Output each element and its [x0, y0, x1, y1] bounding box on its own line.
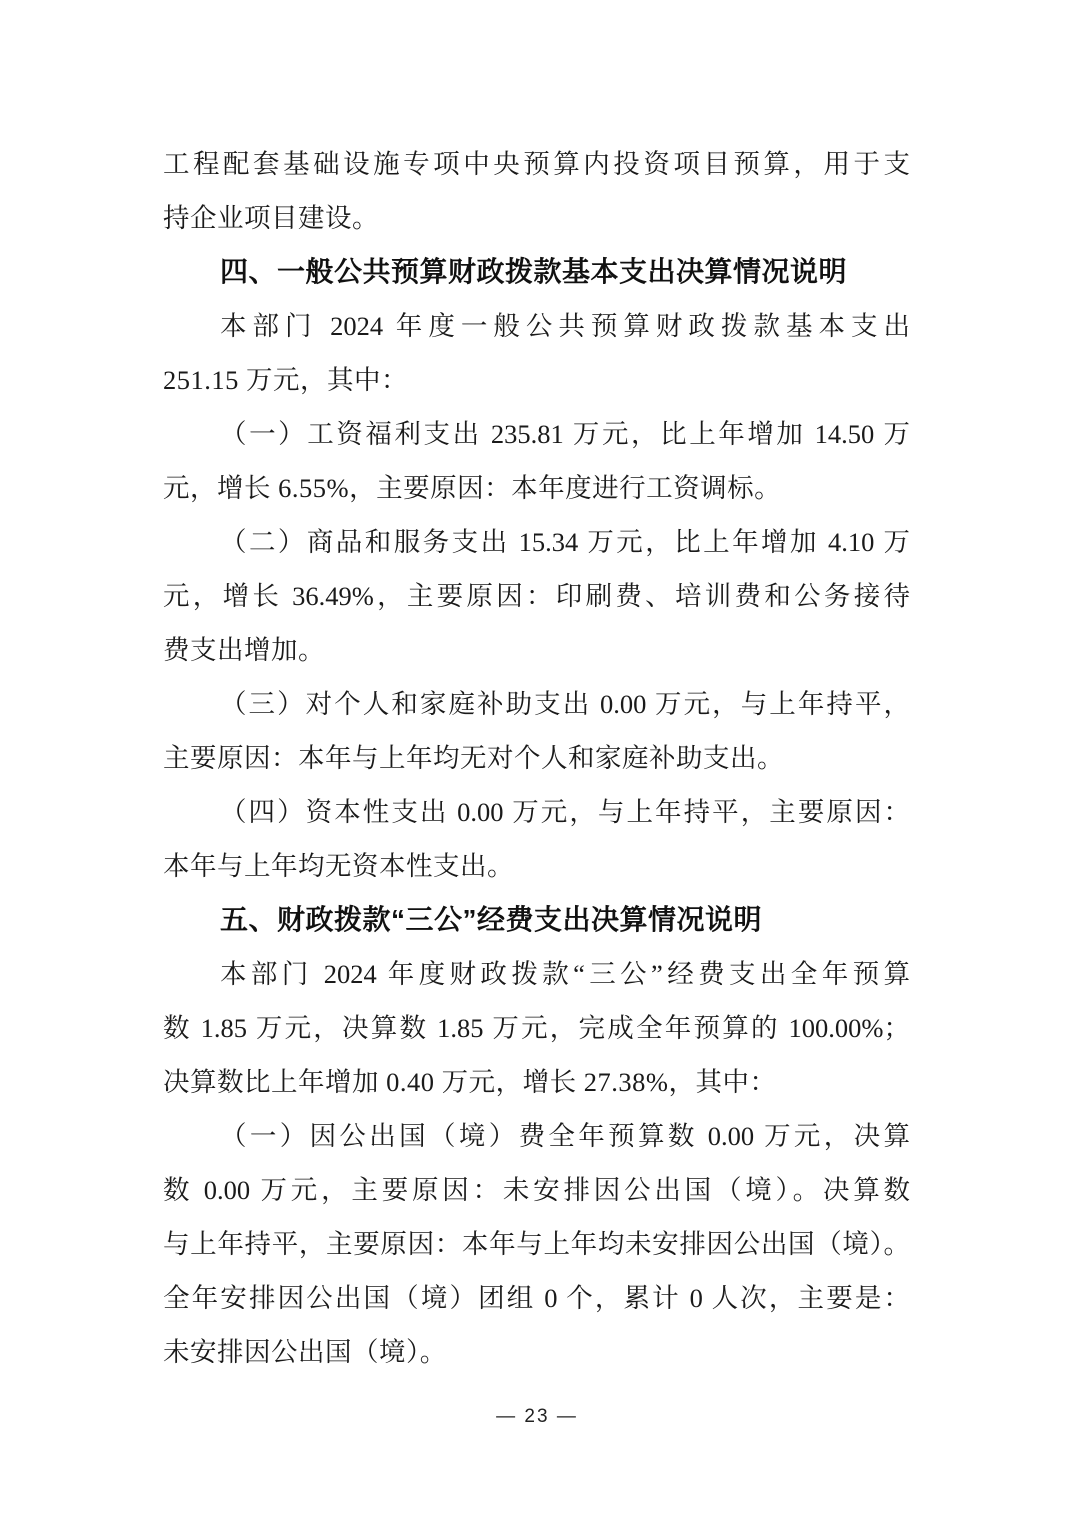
text-line: 费支出增加。	[163, 623, 910, 677]
text-line: （三）对个人和家庭补助支出 0.00 万元，与上年持平，	[163, 677, 910, 731]
text-line: （一）因公出国（境）费全年预算数 0.00 万元，决算	[163, 1109, 910, 1163]
page-number: — 23 —	[496, 1406, 578, 1427]
text-line: 全年安排因公出国（境）团组 0 个，累计 0 人次，主要是：	[163, 1271, 910, 1325]
text-line: 工程配套基础设施专项中央预算内投资项目预算，用于支	[163, 137, 910, 191]
text-line: 本部门 2024 年度一般公共预算财政拨款基本支出	[163, 299, 910, 353]
document-page: 工程配套基础设施专项中央预算内投资项目预算，用于支持企业项目建设。四、一般公共预…	[0, 0, 1074, 1520]
text-line: 本部门 2024 年度财政拨款“三公”经费支出全年预算	[163, 947, 910, 1001]
section-heading: 四、一般公共预算财政拨款基本支出决算情况说明	[163, 245, 910, 299]
text-line: 251.15 万元，其中：	[163, 353, 910, 407]
text-line: （二）商品和服务支出 15.34 万元，比上年增加 4.10 万	[163, 515, 910, 569]
document-body: 工程配套基础设施专项中央预算内投资项目预算，用于支持企业项目建设。四、一般公共预…	[163, 137, 910, 1379]
text-line: 主要原因：本年与上年均无对个人和家庭补助支出。	[163, 731, 910, 785]
text-line: 与上年持平，主要原因：本年与上年均未安排因公出国（境）。	[163, 1217, 910, 1271]
text-line: 持企业项目建设。	[163, 191, 910, 245]
section-heading: 五、财政拨款“三公”经费支出决算情况说明	[163, 893, 910, 947]
text-line: （一）工资福利支出 235.81 万元，比上年增加 14.50 万	[163, 407, 910, 461]
text-line: （四）资本性支出 0.00 万元，与上年持平，主要原因：	[163, 785, 910, 839]
text-line: 数 0.00 万元，主要原因：未安排因公出国（境）。决算数	[163, 1163, 910, 1217]
text-line: 数 1.85 万元，决算数 1.85 万元，完成全年预算的 100.00%；	[163, 1001, 910, 1055]
page-footer: — 23 —	[0, 1406, 1074, 1428]
text-line: 元，增长 6.55%，主要原因：本年度进行工资调标。	[163, 461, 910, 515]
text-line: 元，增长 36.49%，主要原因：印刷费、培训费和公务接待	[163, 569, 910, 623]
text-line: 未安排因公出国（境）。	[163, 1325, 910, 1379]
text-line: 决算数比上年增加 0.40 万元，增长 27.38%，其中：	[163, 1055, 910, 1109]
text-line: 本年与上年均无资本性支出。	[163, 839, 910, 893]
